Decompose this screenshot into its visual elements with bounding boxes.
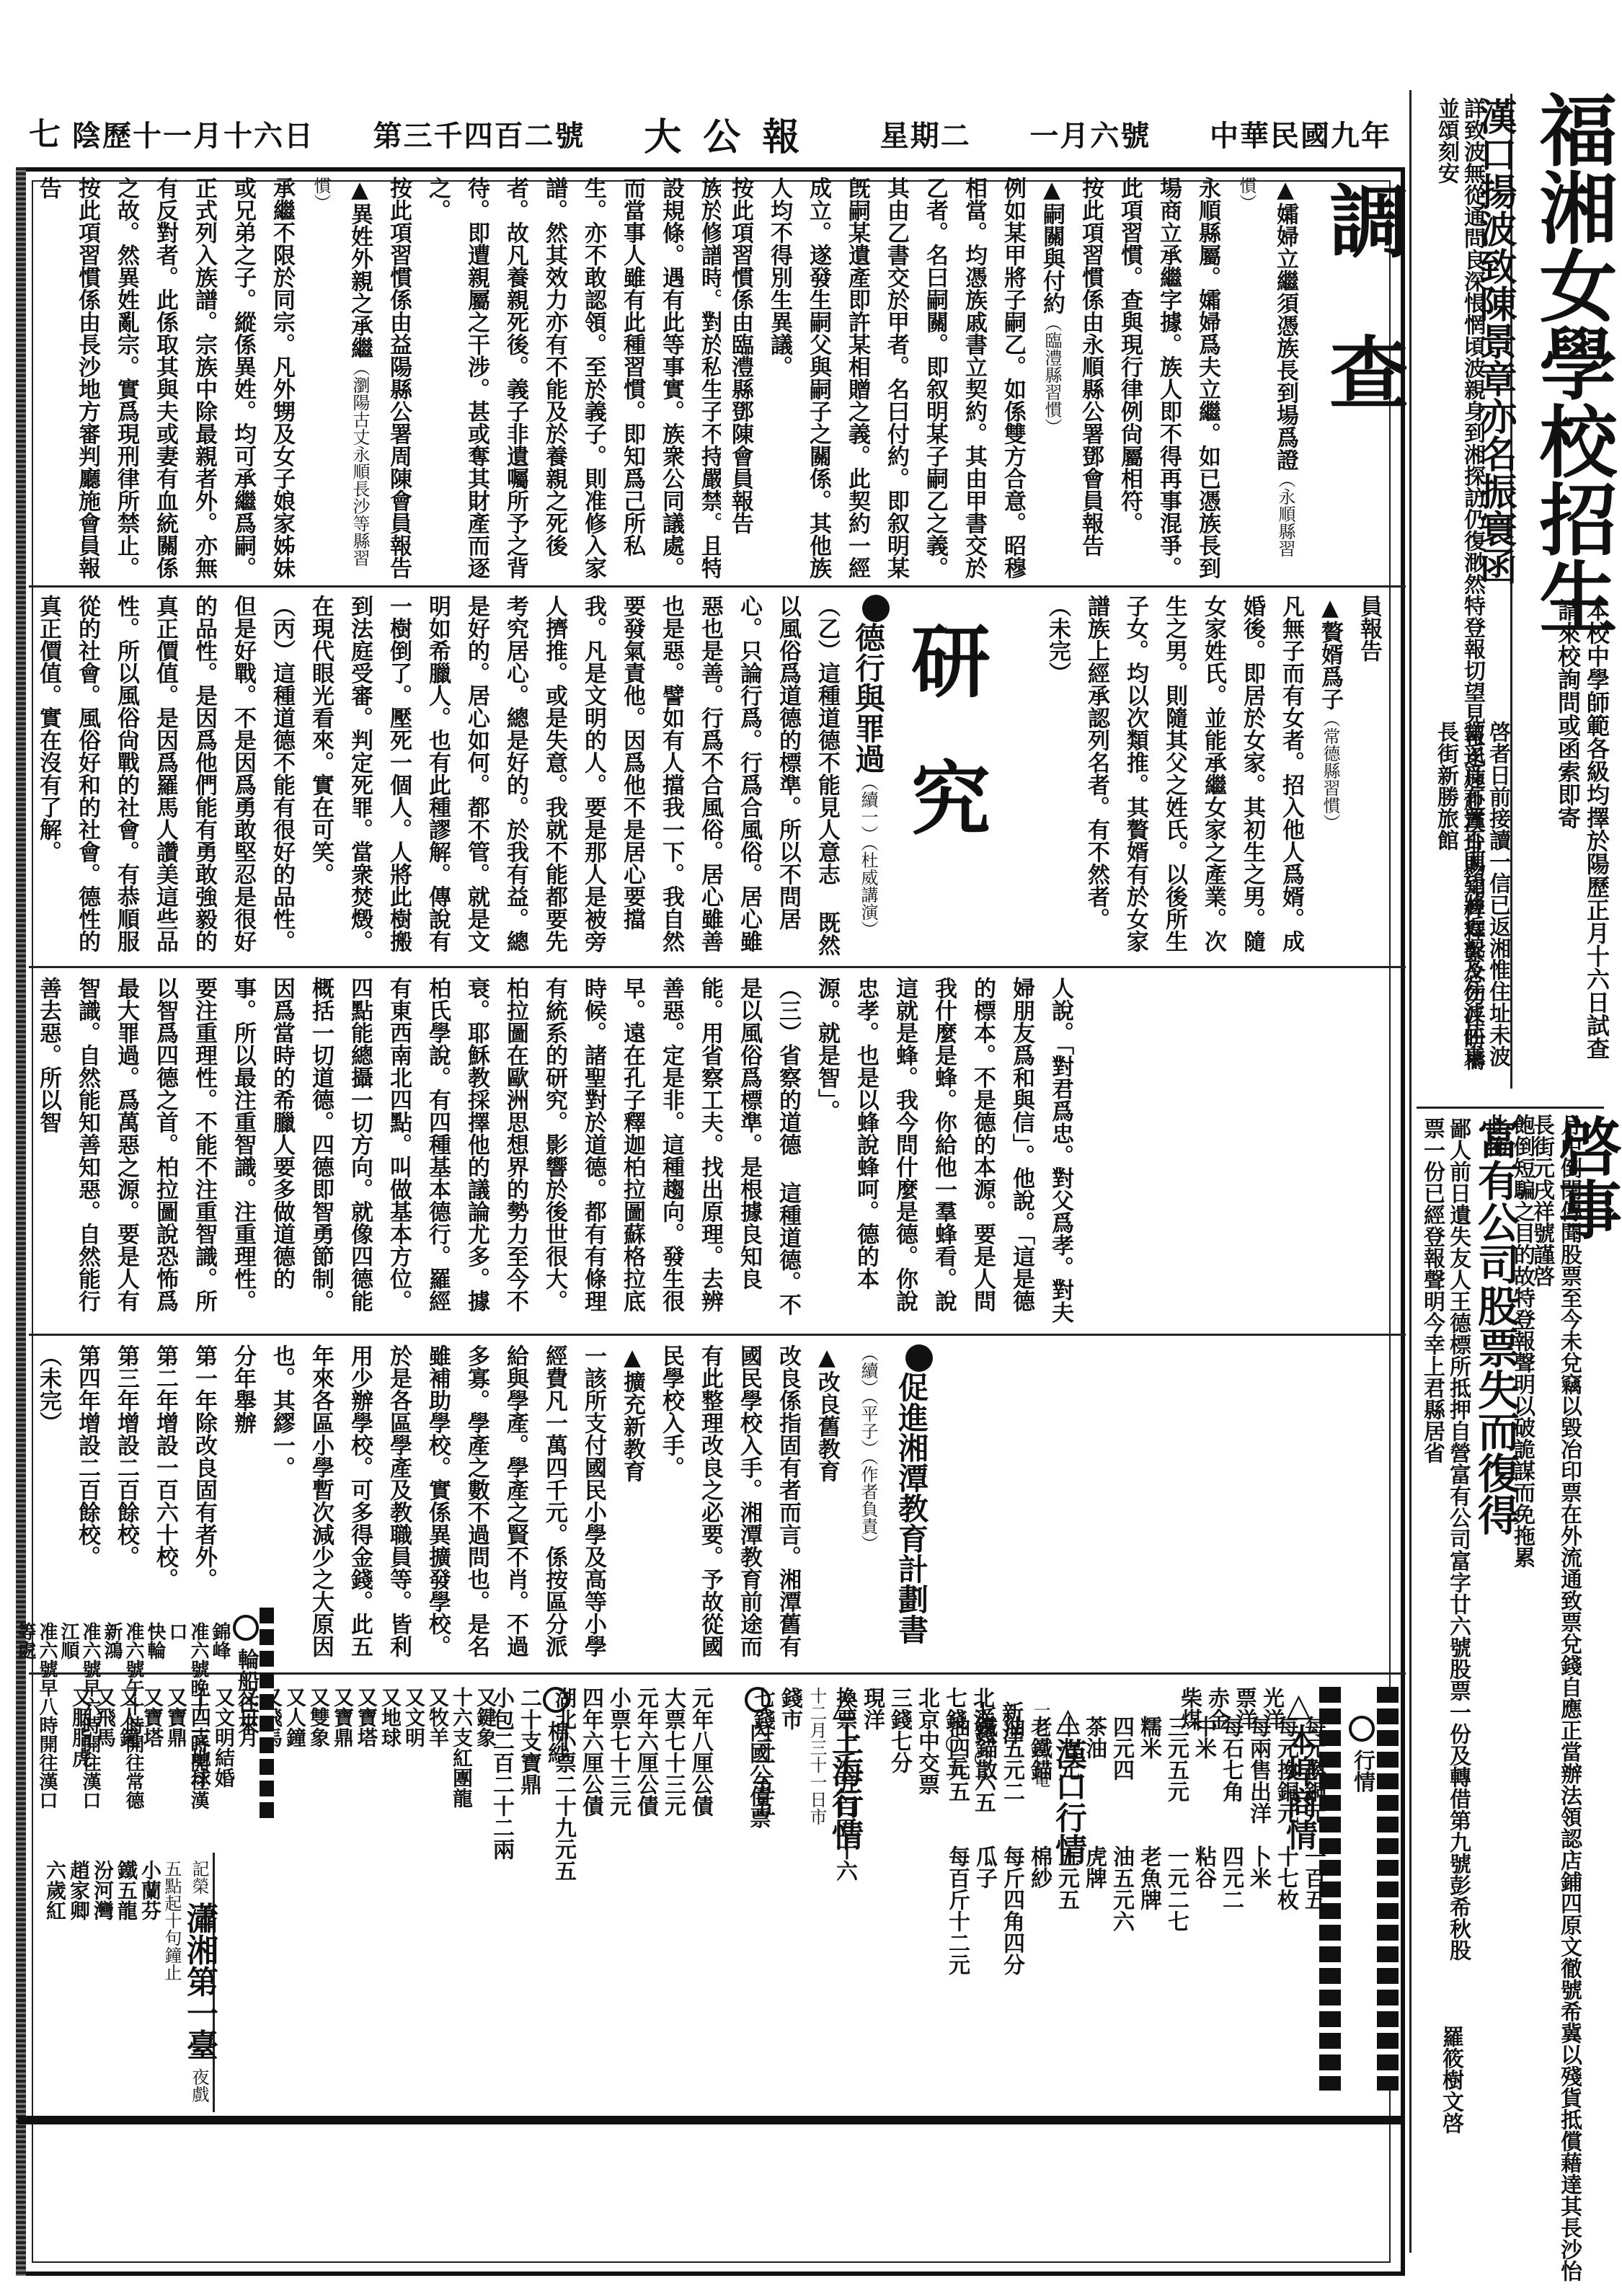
- shipping-title: 輪船往來: [231, 1615, 260, 1831]
- hankou-market-title: 漢口行情 一月三日電: [1024, 1701, 1081, 2062]
- header-date-day: 一月六號: [1029, 113, 1151, 154]
- stock-notice-signature: 羅筱樹文啓: [1435, 2026, 1463, 2170]
- circle-icon: [1349, 1716, 1375, 1742]
- circle-icon: [745, 1687, 771, 1713]
- investigation-article-cont: 過房禮（益陽縣習慣） 無子立嗣。固應就同宗中親等最近者擇立昭穆相當之人。益陽縣習…: [29, 177, 721, 580]
- research-article: 德行與罪過（續一）（杜威講演） （乙）這種道德不能見人意志 既然以風俗爲道德的標…: [29, 595, 894, 959]
- bullet-icon: [862, 595, 890, 622]
- investigation-article-end: 按此項習慣係由常德地方審判廳謝會員報告 贅婿爲子（常德縣習慣） 凡無子而有女者。…: [1038, 595, 1399, 959]
- triangle-icon: [826, 1687, 863, 1724]
- theater-playlist: 小蘭芬鐵五龍汾河灣趙家卿六歲紅: [43, 1860, 162, 2105]
- stock-notice-title: 富有公司股票失而復得: [1471, 1117, 1520, 1665]
- shanghai-bonds-table: 元年八厘公債大票七十三元 元年六厘公債小票七十三元 四年六厘公債湖北小票二十九元…: [570, 1687, 714, 2091]
- shanghai-bonds-title: 內國公債票: [714, 1687, 771, 2091]
- shanghai-yarn-table: 棉紗 二十支寶鼎小包二百二十二兩: [497, 1687, 570, 2091]
- section-divider: [29, 1334, 1406, 1336]
- header-weekday: 星期二: [880, 113, 971, 154]
- stock-side-notice: 月中倒閉傳聞股票至今未兌竊以毀冶印票在外流通致票兌錢自應正當辦法領認店鋪四原文徹…: [1539, 1114, 1582, 2289]
- hankou-market-table: 新洋七錢○六五: [995, 1701, 1024, 2062]
- shipping-schedule: 錦峰准六號晚十二時開往漢口 快輪准六號午十時開往常德 新鴻准六號早六時開往漢口 …: [43, 1622, 231, 1824]
- section-divider: [29, 966, 1406, 968]
- header-date-lunar: 陰歷十一月十六日: [72, 113, 314, 154]
- shanghai-exchange: 北洋七錢○五 北京中交票三錢七分 現洋換票一千五百五十六: [865, 1687, 995, 2091]
- circle-icon: [543, 1687, 569, 1713]
- market-column-label: 行情: [1348, 1716, 1375, 1817]
- circle-icon: [233, 1615, 259, 1641]
- school-ad-title: 福湘女學校招生: [1528, 90, 1615, 638]
- decorative-chain-border: [260, 1608, 274, 1824]
- shanghai-market-title: 上海行情 十二月三十一日市 錢市七錢三一五五: [779, 1687, 858, 2091]
- bullet-icon: [905, 1344, 933, 1372]
- decorative-chain-border: [1377, 1687, 1399, 2091]
- research-heading: 研究: [901, 620, 988, 952]
- header-date-gregorian: 中華民國九年: [1210, 113, 1391, 154]
- section-divider: [29, 585, 1406, 588]
- investigation-article: 湖南民商事習慣調查會第一期報告（續） 長支長子不得出繼他支（永順縣習慣） 永順縣…: [721, 177, 1312, 580]
- education-plan-title: 促進湘潭教育計劃書（續）（平子）（作者負責）: [846, 1344, 933, 1665]
- triangle-icon: [1050, 1701, 1086, 1738]
- page-header: 中華民國九年 一月六號 星期二 大公報 第三千四百二號 陰歷十一月十六日: [0, 108, 1406, 159]
- paper-name: 大公報: [644, 107, 821, 161]
- research-article-cont: 人說。「對君爲忠。對父爲孝。對夫婦朋友爲和與信」。他說。「這是德的標本。不是德的…: [29, 977, 1399, 1326]
- investigation-heading: 調查: [1319, 180, 1406, 584]
- item-reporter: 按此項習慣係由永順縣公署鄧會員報告: [1305, 177, 1312, 580]
- school-ad-body: 本校中學師範各級均擇於陽歷正月十六日試查請來校詢問或函索即寄: [1554, 598, 1611, 1074]
- research-title: 德行與罪過（續一）（杜威講演）: [846, 595, 890, 959]
- issue-number: 第三千四百二號: [373, 113, 585, 154]
- theater-title: 記榮 瀟湘第一臺 夜戲五點起十句鐘止: [162, 1860, 213, 2105]
- decorative-border: [16, 167, 26, 2276]
- notice-ad-body-2: 啓者日前接讀一信已返湘惟住址未波當妥爲布置否則望將近況及住波住東長街新勝旅館: [1431, 721, 1510, 1081]
- ad-divider: [1417, 1107, 1604, 1109]
